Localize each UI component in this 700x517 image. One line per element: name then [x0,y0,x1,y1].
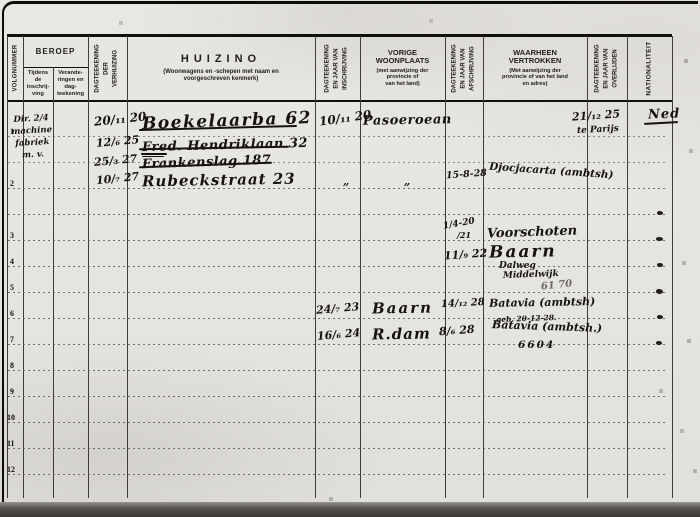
row-number-4: 4 [10,257,14,266]
hw-ditto-woonplaats-row2: „ [404,176,410,188]
column-header-verhuizing: DAGTEEKENING DER VERHUIZING [88,37,127,99]
hw-waarheen-row7-note: 6604 [518,340,555,351]
row-number-10: 10 [7,413,15,422]
scan-bottom-edge [0,502,700,517]
row-number-9: 9 [10,387,14,396]
vorige-woonplaats-title: VORIGE WOONPLAATS [376,49,430,66]
row-rule [8,240,668,241]
row-rule [8,214,668,215]
column-header-volgnummer-label: VOLGNUMMER [13,45,19,92]
vorige-woonplaats-subtitle: (met aanwijzing der provincie of van het… [377,68,429,88]
ink-blob [656,289,663,294]
row-rule [8,448,668,449]
row-rule [8,318,668,319]
row-rule [8,344,668,345]
row-number-12: 12 [7,465,15,474]
hw-huizing-address-4: Rubeckstraat 23 [142,172,296,190]
column-header-beroep: BEROEP [23,36,88,67]
column-header-waarheen: WAARHEEN VERTROKKEN (Met aanwijzing der … [483,38,587,98]
scan-speckles [0,0,2,2]
beroep-sub1-label: Tijdens de inschrij- ving [27,70,50,98]
hw-woonplaats-row1: Pasoeroean [363,113,452,128]
row-rule [8,370,668,371]
row-rule [8,292,668,293]
hw-afschrijving-row4: 11/₉ 22 [444,248,488,263]
hw-beroep-row1: Dir. 2/4 machine fabriek m. v. [7,112,57,162]
column-header-vorige-woonplaats: VORIGE WOONPLAATS (met aanwijzing der pr… [360,38,445,98]
huizing-title: HUIZINO [181,53,261,65]
row-number-3: 3 [10,231,14,240]
hw-waarheen-row6: Batavia (ambtsh) [489,296,595,309]
column-header-beroep-sub1: Tijdens de inschrij- ving [23,68,53,100]
beroep-title: BEROEP [36,47,76,56]
column-line [445,36,446,498]
row-number-7: 7 [10,335,14,344]
row-number-11: 11 [7,439,15,448]
hw-waarheen-row4: Baarn [489,243,557,262]
column-line [88,36,89,498]
row-number-8: 8 [10,361,14,370]
column-line [315,36,316,498]
afschrijving-label: DAGTEEKENING EN JAAR VAN AFSCHRIJVING [451,44,478,92]
row-rule [8,396,668,397]
column-header-inschrijving: DAGTEEKENING EN JAAR VAN INSCHRIJVING [315,37,360,99]
hw-woonplaats-row7: R.dam [372,326,431,343]
row-number-5: 5 [10,283,14,292]
row-rule [8,188,668,189]
row-rule [8,422,668,423]
waarheen-subtitle: (Met aanwijzing der provincie of van het… [502,68,568,88]
nationaliteit-label: NATIONALITEIT [646,41,653,95]
hw-waarheen-row3: Voorschoten [487,224,578,241]
beroep-sub2-label: Verande- ringen en dag- teekening [57,70,84,98]
overlijden-label: DAGTEEKENING EN JAAR VAN OVERLIJDEN [594,44,621,92]
row-number-2: 2 [10,179,14,188]
ink-blob [656,341,662,345]
column-header-volgnummer: VOLGNUMMER [8,37,23,99]
column-header-afschrijving: DAGTEEKENING EN JAAR VAN AFSCHRIJVING [445,37,483,99]
hw-woonplaats-row6: Baarn [372,300,433,317]
column-line [672,36,673,498]
header-bottom-border [7,100,672,102]
inschrijving-label: DAGTEEKENING EN JAAR VAN INSCHRIJVING [324,44,351,92]
column-header-overlijden: DAGTEEKENING EN JAAR VAN OVERLIJDEN [587,37,627,99]
underline-fred [141,153,167,155]
ink-blob [657,263,663,267]
ink-blob [657,315,663,319]
row-rule [8,266,668,267]
ink-blob [656,237,663,241]
column-header-nationaliteit: NATIONALITEIT [627,37,672,99]
column-line [360,36,361,498]
hw-afschrijving-row3b: /21 [457,231,471,239]
row-number-6: 6 [10,309,14,318]
huizing-subtitle: (Woonwagens en -schepen met naam en voor… [163,69,279,84]
ink-blob [657,211,663,215]
column-line [627,36,628,498]
underline-fred [142,156,164,157]
column-line [587,36,588,498]
column-line [7,36,8,498]
hw-nationaliteit-row1: Ned [648,107,681,122]
hw-afschrijving-row7: 8/₆ 28 [439,324,475,338]
column-header-huizing: HUIZINO (Woonwagens en -schepen met naam… [127,38,315,98]
column-header-beroep-sub2: Verande- ringen en dag- teekening [53,68,88,100]
hw-ditto-inschrijving-row2: „ [343,176,349,188]
column-line [23,36,24,498]
row-rule [8,474,668,475]
column-line [127,36,128,498]
verhuizing-label: DAGTEEKENING DER VERHUIZING [94,44,121,92]
column-line [483,36,484,498]
scanned-register-card: VOLGNUMMER BEROEP Tijdens de inschrij- v… [0,0,700,517]
waarheen-title: WAARHEEN VERTROKKEN [509,49,562,66]
